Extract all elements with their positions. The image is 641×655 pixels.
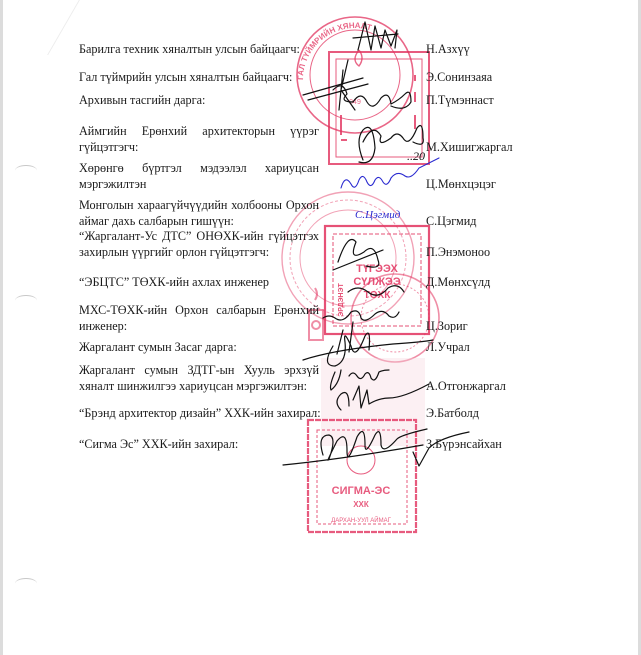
signatory-name: Д.Мөнхсүлд [426, 274, 490, 290]
sigma-es-stamp: СИГМА-ЭС ХХК ДАРХАН-УУЛ АЙМАГ [308, 420, 416, 532]
signatory-name: П.Түмэннаст [426, 92, 494, 108]
tugeeh-sulzhee-stamp: ТҮГЭЭХ СҮЛЖЭЭ ТӨХК ЭРДЭНЭТ [325, 226, 429, 334]
svg-text:СИГМА-ЭС: СИГМА-ЭС [332, 485, 391, 497]
signatory-name: Э.Батболд [426, 405, 479, 421]
signature-tumennast [333, 86, 411, 108]
signatory-name: Ц.Мөнхцэцэг [426, 176, 496, 192]
signatory-role: “Жаргалант-Ус ДТС” ОНӨХК-ийн гүйцэтгэх з… [79, 228, 319, 260]
signatory-role: Гал түймрийн улсын хяналтын байцаагч: [79, 69, 292, 85]
signatory-role: Архивын тасгийн дарга: [79, 92, 205, 108]
signature-batbold [337, 384, 429, 410]
signature-uchral [303, 333, 433, 366]
svg-text:ХХК: ХХК [353, 500, 369, 509]
svg-text:СҮЛЖЭЭ: СҮЛЖЭЭ [353, 276, 401, 288]
stamp-faint-band [321, 358, 425, 446]
signatory-name: Н.Азхүү [426, 41, 470, 57]
svg-text:ЭРДЭНЭТ: ЭРДЭНЭТ [338, 283, 345, 317]
signature-otgonjargal [331, 370, 390, 390]
signature-azkhuu [353, 22, 398, 50]
svg-text:ДАРХАН-УУЛ АЙМАГ: ДАРХАН-УУЛ АЙМАГ [331, 516, 391, 524]
signature-khishigjargal [359, 126, 423, 163]
signatory-role: Жаргалант сумын Засаг дарга: [79, 339, 237, 355]
signatory-role: Барилга техник хяналтын улсын байцаагч: [79, 41, 300, 57]
signatory-role: Жаргалант сумын ЗДТГ-ын Хууль эрхзүй хян… [79, 362, 319, 394]
page-fold-mark [3, 0, 80, 55]
svg-text:049: 049 [349, 99, 361, 106]
signatory-name: С.Цэгмид [426, 213, 476, 229]
signatory-role: МХС-ТӨХК-ийн Орхон салбарын Ерөнхий инже… [79, 302, 319, 334]
svg-text:ГАЛ ТҮЙМРИЙН ХЯНАЛТ: ГАЛ ТҮЙМРИЙН ХЯНАЛТ [296, 21, 373, 80]
signatory-name: М.Хишигжаргал [426, 139, 513, 155]
signatory-name: П.Энэмоноо [426, 244, 490, 260]
signatory-name: Л.Учрал [426, 339, 470, 355]
signatory-role: Монголын хараагүйчүүдийн холбооны Орхон … [79, 197, 319, 229]
svg-text:..20: ..20 [407, 149, 425, 163]
punch-hole-mark [15, 295, 37, 306]
signatory-role: “Сигма Эс” ХХК-ийн захирал: [79, 436, 238, 452]
punch-hole-mark [15, 165, 37, 176]
signatory-name: Ц.Зориг [426, 318, 468, 334]
signature-munkhtsetseg-blue [341, 158, 439, 188]
fire-dept-stamp: 049 ГАЛ ТҮЙМРИЙН ХЯНАЛТ [296, 17, 413, 133]
signatory-role: Хөрөнгө бүртгэл мэдээлэл хариуцсан мэргэ… [79, 160, 319, 192]
punch-hole-mark [15, 578, 37, 589]
svg-text:ТӨХК: ТӨХК [364, 290, 392, 301]
signatory-role: “ЭБЦТС” ТӨХК-ийн ахлах инженер [79, 274, 269, 290]
signatory-name: А.Отгонжаргал [426, 378, 506, 394]
signature-soninzaya [303, 60, 368, 110]
signature-munkhsuld [348, 286, 404, 295]
document-page: 049 ГАЛ ТҮЙМРИЙН ХЯНАЛТ ТҮГЭЭХ СҮЛЖЭЭ [3, 0, 638, 655]
signatory-role: “Брэнд архитектор дизайн” ХХК-ийн захира… [79, 405, 321, 421]
svg-text:ТҮГЭЭХ: ТҮГЭЭХ [356, 263, 398, 275]
svg-text:С.Цэгмид: С.Цэгмид [355, 209, 401, 221]
signatory-name: З.Бүрэнсайхан [426, 436, 502, 452]
archive-stamp [329, 52, 429, 164]
signature-zorig [323, 311, 399, 354]
signatory-name: Э.Сонинзаяа [426, 69, 492, 85]
signatory-role: Аймгийн Ерөнхий архитекторын үүрэг гүйцэ… [79, 123, 319, 155]
signature-enkhmonoo [333, 240, 383, 271]
